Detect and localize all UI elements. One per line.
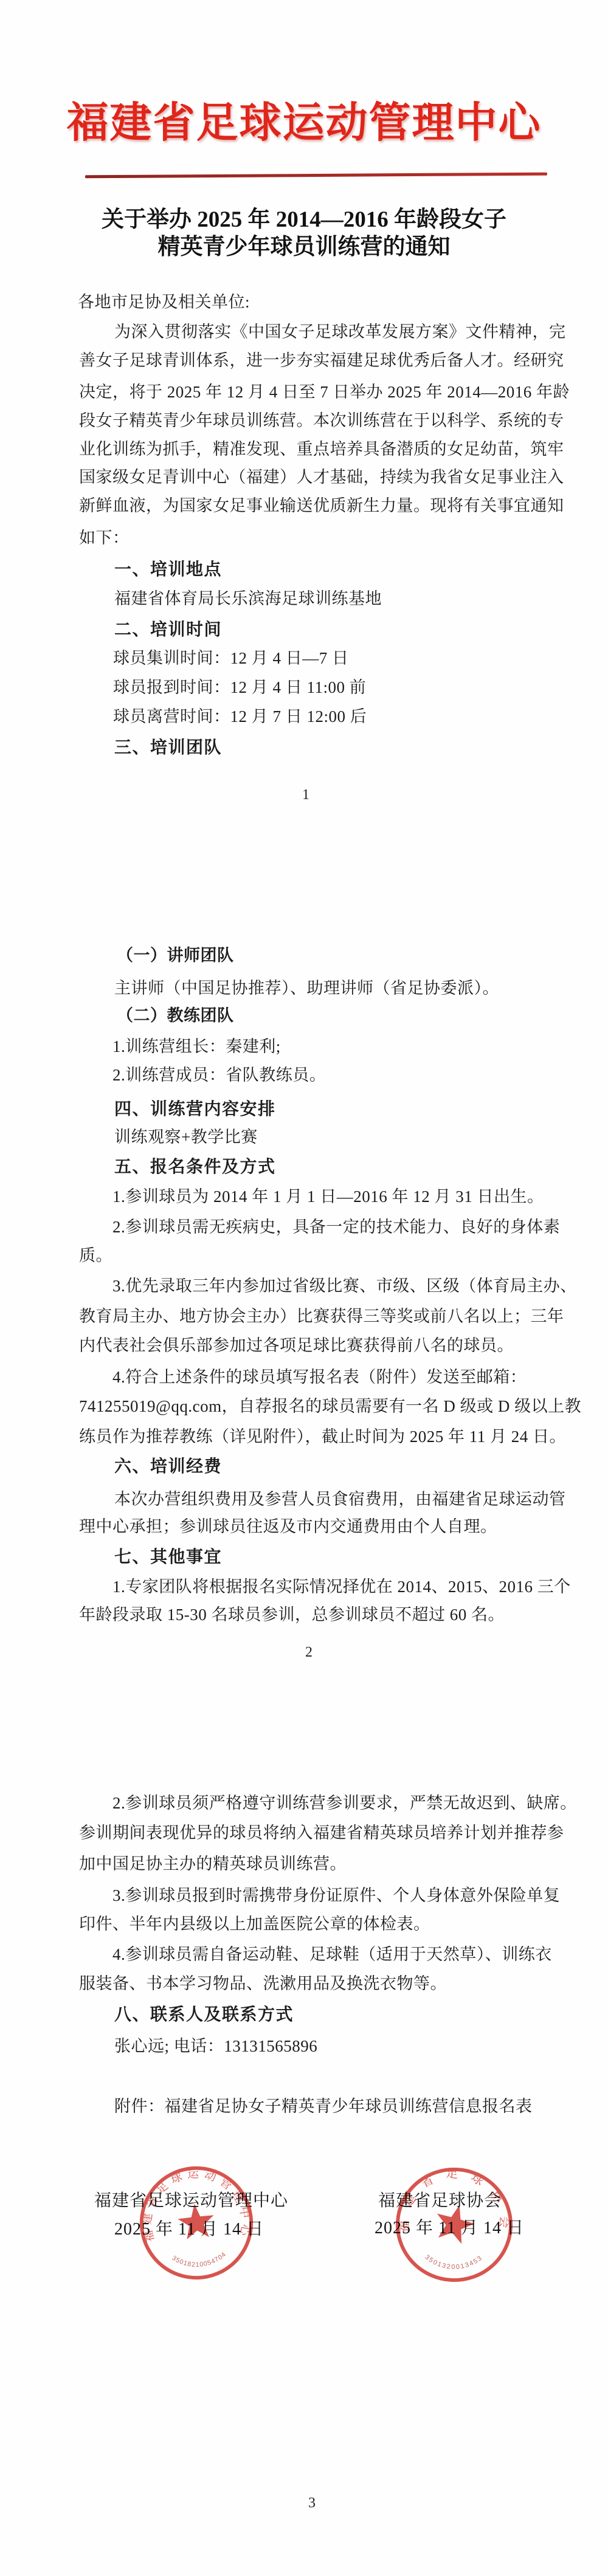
section3-sub2-line: 2.训练营成员：省队教练员。 (112, 1066, 326, 1085)
seal-right-number: 3501320013453 (423, 2251, 485, 2272)
svg-text:35018210054704: 35018210054704 (170, 2249, 229, 2272)
section5-heading: 五、报名条件及方式 (114, 1157, 276, 1176)
contact-line: 张心远; 电话：13131565896 (114, 2037, 317, 2056)
section5-line: 质。 (79, 1246, 112, 1265)
section3-sub1-heading: （一）讲师团队 (117, 946, 234, 965)
section7-line: 参训期间表现优异的球员将纳入福建省精英球员培养计划并推荐参 (79, 1824, 564, 1843)
section5-line: 1.参训球员为 2014 年 1 月 1 日—2016 年 12 月 31 日出… (112, 1187, 544, 1206)
section7-heading: 七、其他事宜 (114, 1547, 222, 1567)
section5-line: 内代表社会俱乐部参加过各项足球比赛获得前八名的球员。 (79, 1336, 514, 1355)
intro-line: 业化训练为抓手，精准发现、重点培养具备潜质的女足幼苗，筑牢 (79, 440, 564, 459)
salutation: 各地市足协及相关单位: (78, 293, 250, 312)
page-number-2: 2 (305, 1644, 313, 1661)
intro-line: 新鲜血液，为国家女足事业输送优质新生力量。现将有关事宜通知 (79, 496, 564, 515)
seal-star-icon (176, 2202, 216, 2241)
seal-left-number: 35018210054704 (170, 2249, 229, 2272)
page-number-3: 3 (308, 2495, 316, 2512)
section3-sub2-heading: （二）教练团队 (117, 1006, 234, 1025)
section1-heading: 一、培训地点 (114, 560, 222, 579)
section5-line: 2.参训球员需无疾病史，具备一定的技术能力、良好的身体素 (112, 1218, 560, 1237)
section7-line: 1.专家团队将根据报名实际情况择优在 2014、2015、2016 三个 (112, 1578, 571, 1596)
section6-line: 本次办营组织费用及参营人员食宿费用，由福建省足球运动管 (114, 1490, 566, 1509)
section7-line: 2.参训球员须严格遵守训练营参训要求，严禁无故迟到、缺席。 (112, 1794, 577, 1813)
scanned-notice-document: 福建省足球运动管理中心 关于举办 2025 年 2014—2016 年龄段女子 … (0, 0, 608, 2576)
section4-heading: 四、训练营内容安排 (114, 1099, 276, 1119)
section8-heading: 八、联系人及联系方式 (114, 2005, 294, 2024)
section5-line: 3.优先录取三年内参加过省级比赛、市级、区级（体育局主办、 (112, 1277, 577, 1296)
section2-line: 球员报到时间：12 月 4 日 11:00 前 (113, 678, 366, 697)
section3-heading: 三、培训团队 (114, 738, 222, 757)
intro-line: 决定，将于 2025 年 12 月 4 日至 7 日举办 2025 年 2014… (79, 383, 570, 402)
doc-title-line2: 精英青少年球员训练营的通知 (0, 228, 608, 261)
section7-line: 4.参训球员需自备运动鞋、足球鞋（适用于天然草）、训练衣 (112, 1945, 552, 1964)
section5-line: 教育局主办、地方协会主办）比赛获得三等奖或前八名以上；三年 (79, 1307, 564, 1326)
letterhead-divider-rule (85, 173, 547, 179)
section7-line: 加中国足协主办的精英球员训练营。 (79, 1855, 347, 1874)
section5-line: 4.符合上述条件的球员填写报名表（附件）发送至邮箱： (112, 1368, 527, 1387)
attachment-line: 附件：福建省足协女子精英青少年球员训练营信息报名表 (114, 2097, 533, 2116)
section7-line: 年龄段录取 15-30 名球员参训，总参训球员不超过 60 名。 (79, 1606, 505, 1624)
section2-heading: 二、培训时间 (114, 620, 222, 639)
page-number-1: 1 (302, 787, 309, 803)
intro-line: 为深入贯彻落实《中国女子足球改革发展方案》文件精神，完 (114, 323, 566, 342)
intro-line: 善女子足球青训体系，进一步夯实福建足球优秀后备人才。经研究 (79, 351, 564, 370)
section5-line: 741255019@qq.com，自荐报名的球员需要有一名 D 级或 D 级以上… (79, 1397, 581, 1416)
section7-line: 印件、半年内县级以上加盖医院公章的体检表。 (79, 1915, 430, 1934)
section6-heading: 六、培训经费 (114, 1457, 222, 1476)
intro-line: 国家级女足青训中心（福建）人才基础，持续为我省女足事业注入 (79, 468, 564, 487)
section6-line: 理中心承担；参训球员往返及市内交通费用由个人自理。 (79, 1517, 497, 1536)
letterhead-org-title: 福建省足球运动管理中心 (0, 89, 608, 149)
official-seal-right: 福建省足球协会 3501320013453 (389, 2162, 520, 2289)
official-seal-left: 福建省足球运动管理中心 35018210054704 (131, 2157, 261, 2288)
intro-line: 段女子精英青少年球员训练营。本次训练营在于以科学、系统的专 (79, 411, 564, 430)
section7-line: 3.参训球员报到时需携带身份证原件、个人身体意外保险单复 (112, 1886, 560, 1905)
seal-star-icon (431, 2200, 478, 2245)
section1-line: 福建省体育局长乐滨海足球训练基地 (114, 589, 382, 608)
section2-line: 球员集训时间：12 月 4 日—7 日 (113, 649, 349, 668)
section2-line: 球员离营时间：12 月 7 日 12:00 后 (113, 707, 367, 726)
section4-line: 训练观察+教学比赛 (114, 1128, 258, 1147)
section3-sub1-line: 主讲师（中国足协推荐）、助理讲师（省足协委派）。 (114, 979, 499, 998)
svg-text:3501320013453: 3501320013453 (423, 2251, 485, 2272)
section5-line: 练员作为推荐教练（详见附件），截止时间为 2025 年 11 月 24 日。 (79, 1427, 566, 1446)
intro-line: 如下： (79, 529, 130, 548)
section3-sub2-line: 1.训练营组长：秦建利; (112, 1037, 281, 1056)
section7-line: 服装备、书本学习物品、洗漱用品及换洗衣物等。 (79, 1974, 447, 1993)
